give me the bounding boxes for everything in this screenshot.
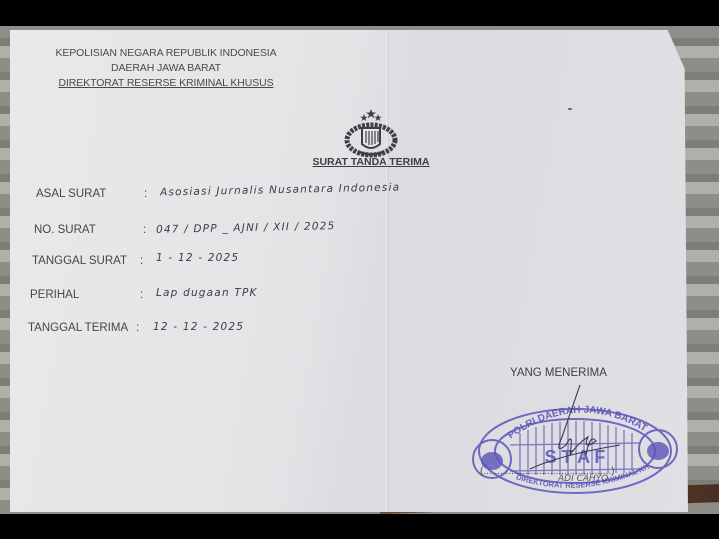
letterhead: KEPOLISIAN NEGARA REPUBLIK INDONESIA DAE…: [46, 46, 286, 91]
field-label: NO. SURAT: [34, 224, 96, 236]
police-emblem-icon: [343, 108, 399, 158]
stamp-center-text: S T A F: [545, 447, 606, 467]
field-separator: :: [140, 255, 143, 267]
letterhead-directorate: DIREKTORAT RESERSE KRIMINAL KHUSUS: [46, 76, 286, 91]
field-separator: :: [143, 224, 146, 236]
document-photo: KEPOLISIAN NEGARA REPUBLIK INDONESIA DAE…: [0, 26, 719, 514]
field-separator: :: [144, 188, 147, 200]
receipt-letter: KEPOLISIAN NEGARA REPUBLIK INDONESIA DAE…: [10, 30, 688, 512]
receiver-name-placeholder: (.......................................…: [480, 466, 614, 477]
field-label: ASAL SURAT: [36, 188, 106, 200]
field-label: TANGGAL SURAT: [32, 255, 127, 267]
letterhead-institution: KEPOLISIAN NEGARA REPUBLIK INDONESIA: [46, 46, 286, 61]
document-title: SURAT TANDA TERIMA: [310, 156, 432, 168]
paper-speck: [568, 108, 572, 110]
field-separator: :: [140, 289, 143, 301]
field-separator: :: [136, 322, 139, 334]
field-label: TANGGAL TERIMA: [28, 322, 128, 334]
letterhead-region: DAERAH JAWA BARAT: [46, 61, 286, 76]
field-value: Asosiasi Jurnalis Nusantara Indonesia: [160, 181, 401, 198]
field-label: PERIHAL: [30, 289, 79, 301]
field-value: 12 - 12 - 2025: [153, 321, 244, 333]
field-value: Lap dugaan TPK: [156, 287, 258, 299]
stamp-top-text: POLRI DAERAH JAWA BARAT: [506, 405, 649, 442]
receiver-label: YANG MENERIMA: [510, 367, 607, 379]
field-value: 047 / DPP _ AJNI / XII / 2025: [156, 220, 336, 236]
official-stamp: POLRI DAERAH JAWA BARAT S T A F DIREKTOR…: [470, 385, 680, 495]
svg-text:POLRI DAERAH JAWA BARAT: POLRI DAERAH JAWA BARAT: [506, 405, 649, 442]
field-value: 1 - 12 - 2025: [156, 252, 239, 264]
paper-fold: [386, 30, 389, 512]
